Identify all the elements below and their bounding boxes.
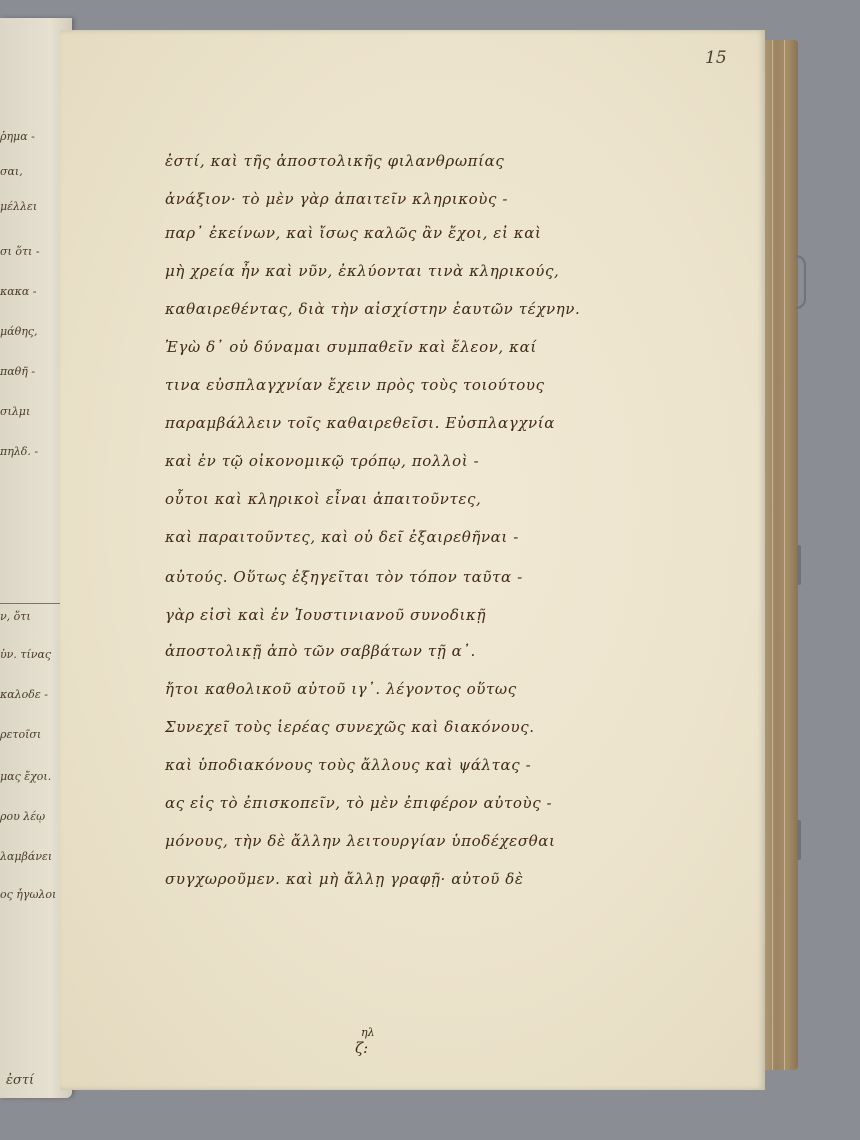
manuscript-line: ἀποστολικῇ ἀπὸ τῶν σαββάτων τῇ α᾽. — [165, 642, 476, 660]
manuscript-line: παρ᾽ ἐκείνων, καὶ ἴσως καλῶς ἂν ἔχοι, εἰ… — [165, 224, 541, 242]
quire-signature: ηλ ζ: — [355, 1026, 375, 1057]
manuscript-line: γὰρ εἰσὶ καὶ ἐν Ἰουστινιανοῦ συνοδικῇ — [165, 606, 486, 624]
manuscript-line: Συνεχεῖ τοὺς ἱερέας συνεχῶς καὶ διακόνου… — [165, 718, 535, 736]
manuscript-line: καὶ ἐν τῷ οἰκονομικῷ τρόπῳ, πολλοὶ - — [165, 452, 479, 470]
manuscript-line: συγχωροῦμεν. καὶ μὴ ἄλλῃ γραφῇ· αὐτοῦ δὲ — [165, 870, 524, 888]
manuscript-line: καὶ παραιτοῦντες, καὶ οὐ δεῖ ἐξαιρεθῆναι… — [165, 528, 519, 546]
manuscript-page — [60, 30, 765, 1090]
manuscript-line: Ἐγὼ δ᾽ οὐ δύναμαι συμπαθεῖν καὶ ἔλεον, κ… — [165, 338, 537, 356]
manuscript-line: αὐτούς. Οὕτως ἐξηγεῖται τὸν τόπον ταῦτα … — [165, 568, 523, 586]
folio-number: 15 — [705, 48, 727, 68]
manuscript-line: οὗτοι καὶ κληρικοὶ εἶναι ἀπαιτοῦντες, — [165, 490, 481, 508]
manuscript-line: τινα εὐσπλαγχνίαν ἔχειν πρὸς τοὺς τοιούτ… — [165, 376, 545, 394]
manuscript-line: ἤτοι καθολικοῦ αὐτοῦ ιγ᾽. λέγοντος οὕτως — [165, 680, 517, 698]
clasp-top — [796, 255, 806, 309]
book-edge — [762, 40, 798, 1070]
catchword: ἐστί — [6, 1073, 34, 1088]
manuscript-line: μὴ χρεία ἦν καὶ νῦν, ἐκλύονται τινὰ κληρ… — [165, 262, 559, 280]
signature-letter: ζ: — [355, 1039, 375, 1057]
clasp-mid — [797, 545, 801, 585]
clasp-bottom — [797, 820, 801, 860]
manuscript-line: παραμβάλλειν τοῖς καθαιρεθεῖσι. Εὐσπλαγχ… — [165, 414, 555, 432]
manuscript-line: ἀνάξιον· τὸ μὲν γὰρ ἀπαιτεῖν κληρικοὺς - — [165, 190, 508, 208]
manuscript-line: ἐστί, καὶ τῆς ἀποστολικῆς φιλανθρωπίας — [165, 152, 504, 170]
margin-rule — [0, 603, 60, 604]
manuscript-line: καὶ ὑποδιακόνους τοὺς ἄλλους καὶ ψάλτας … — [165, 756, 531, 774]
signature-mark: ηλ — [361, 1026, 375, 1039]
manuscript-line: ας εἰς τὸ ἐπισκοπεῖν, τὸ μὲν ἐπιφέρον αὐ… — [165, 794, 552, 812]
manuscript-line: καθαιρεθέντας, διὰ τὴν αἰσχίστην ἑαυτῶν … — [165, 300, 580, 318]
manuscript-line: μόνους, τὴν δὲ ἄλλην λειτουργίαν ὑποδέχε… — [165, 832, 556, 850]
